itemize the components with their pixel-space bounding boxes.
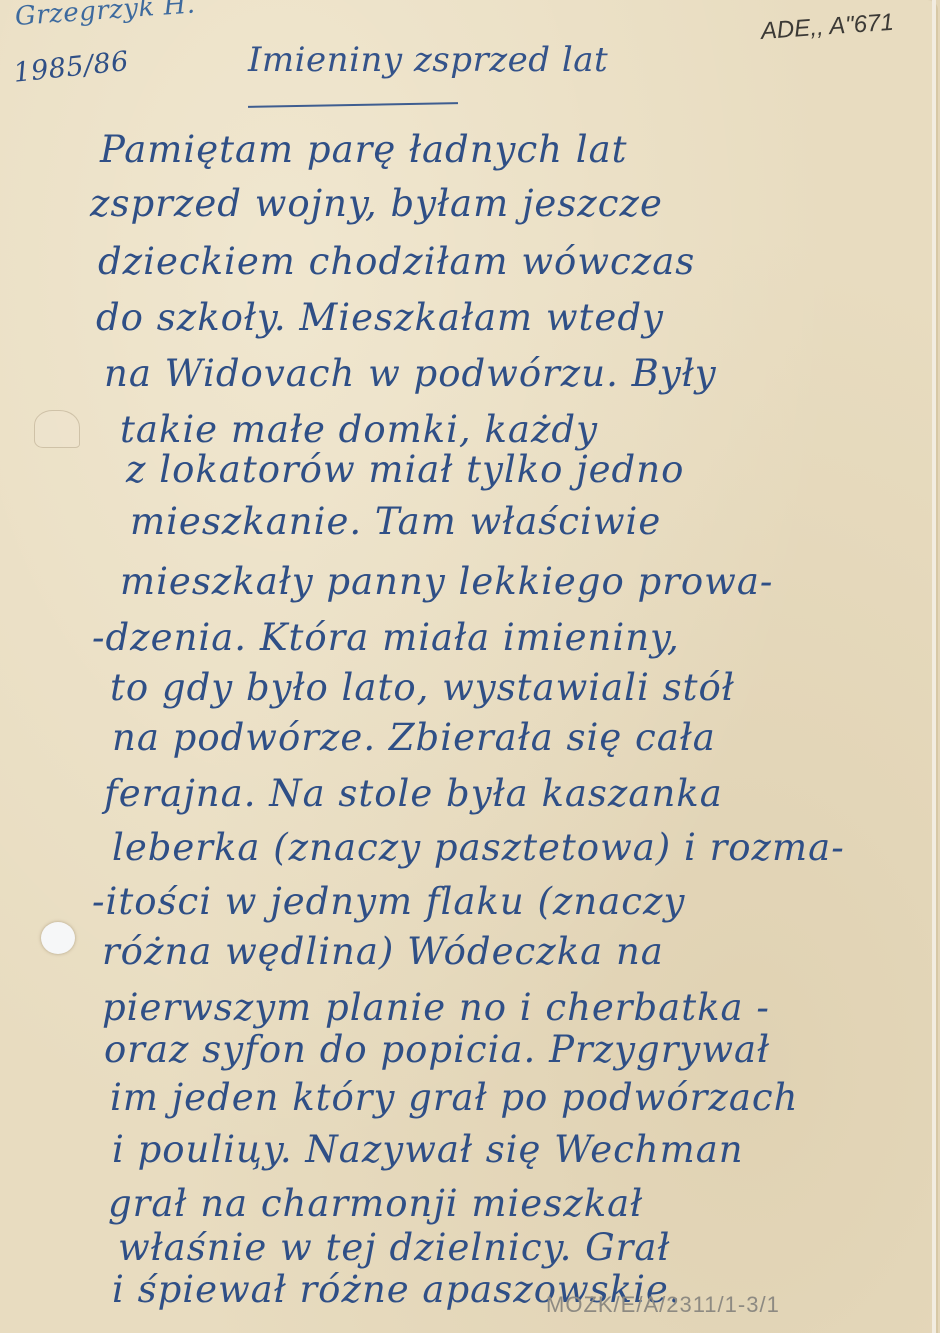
text-line: do szkoły. Mieszkałam wtedy [96, 296, 664, 339]
text-line: im jeden który grał po podwórzach [110, 1076, 798, 1119]
text-line: zsprzed wojny, byłam jeszcze [90, 182, 663, 225]
text-line: oraz syfon do popicia. Przygrywał [104, 1028, 770, 1071]
text-line: mieszkanie. Tam właściwie [130, 500, 661, 543]
emboss-stamp-icon [34, 410, 80, 448]
text-line: ferajna. Na stole była kaszanka [104, 772, 723, 815]
title-underline [248, 102, 458, 108]
punch-hole-icon [41, 922, 75, 954]
text-line: to gdy było lato, wystawiali stół [110, 666, 735, 709]
text-line: -itości w jednym flaku (znaczy [92, 880, 685, 923]
reference-number: ADE,, A"671 [760, 9, 895, 46]
text-line: grał na charmonji mieszkał [108, 1182, 643, 1225]
author-name: Grzegrzyk H. [14, 0, 196, 32]
text-line: z lokatorów miał tylko jedno [126, 448, 684, 491]
manuscript-page: Grzegrzyk H. 1985/86 Imieniny zsprzed la… [0, 0, 938, 1333]
text-line: pierwszym planie no i cherbatka - [102, 986, 770, 1029]
text-line: dzieckiem chodziłam wówczas [98, 240, 695, 283]
text-line: takie małe domki, każdy [120, 408, 598, 451]
text-line: i pouliцy. Nazywał się Wechman [112, 1128, 744, 1171]
text-line: -dzenia. Która miała imieniny, [92, 616, 680, 659]
date-note: 1985/86 [12, 46, 130, 89]
text-line: Pamiętam parę ładnych lat [100, 128, 628, 171]
text-line: różna wędlina) Wódeczka na [102, 930, 664, 973]
text-line: leberka (znaczy pasztetowa) i rozma- [112, 826, 845, 869]
page-title: Imieniny zsprzed lat [248, 40, 608, 80]
archive-code: MOZK/E/A/2311/1-3/1 [546, 1292, 780, 1318]
text-line: na Widovach w podwórzu. Były [104, 352, 717, 395]
scan-edge [932, 0, 936, 1333]
text-line: na podwórze. Zbierała się cała [112, 716, 716, 759]
text-line: mieszkały panny lekkiego prowa- [120, 560, 773, 603]
text-line: właśnie w tej dzielnicy. Grał [118, 1226, 670, 1269]
